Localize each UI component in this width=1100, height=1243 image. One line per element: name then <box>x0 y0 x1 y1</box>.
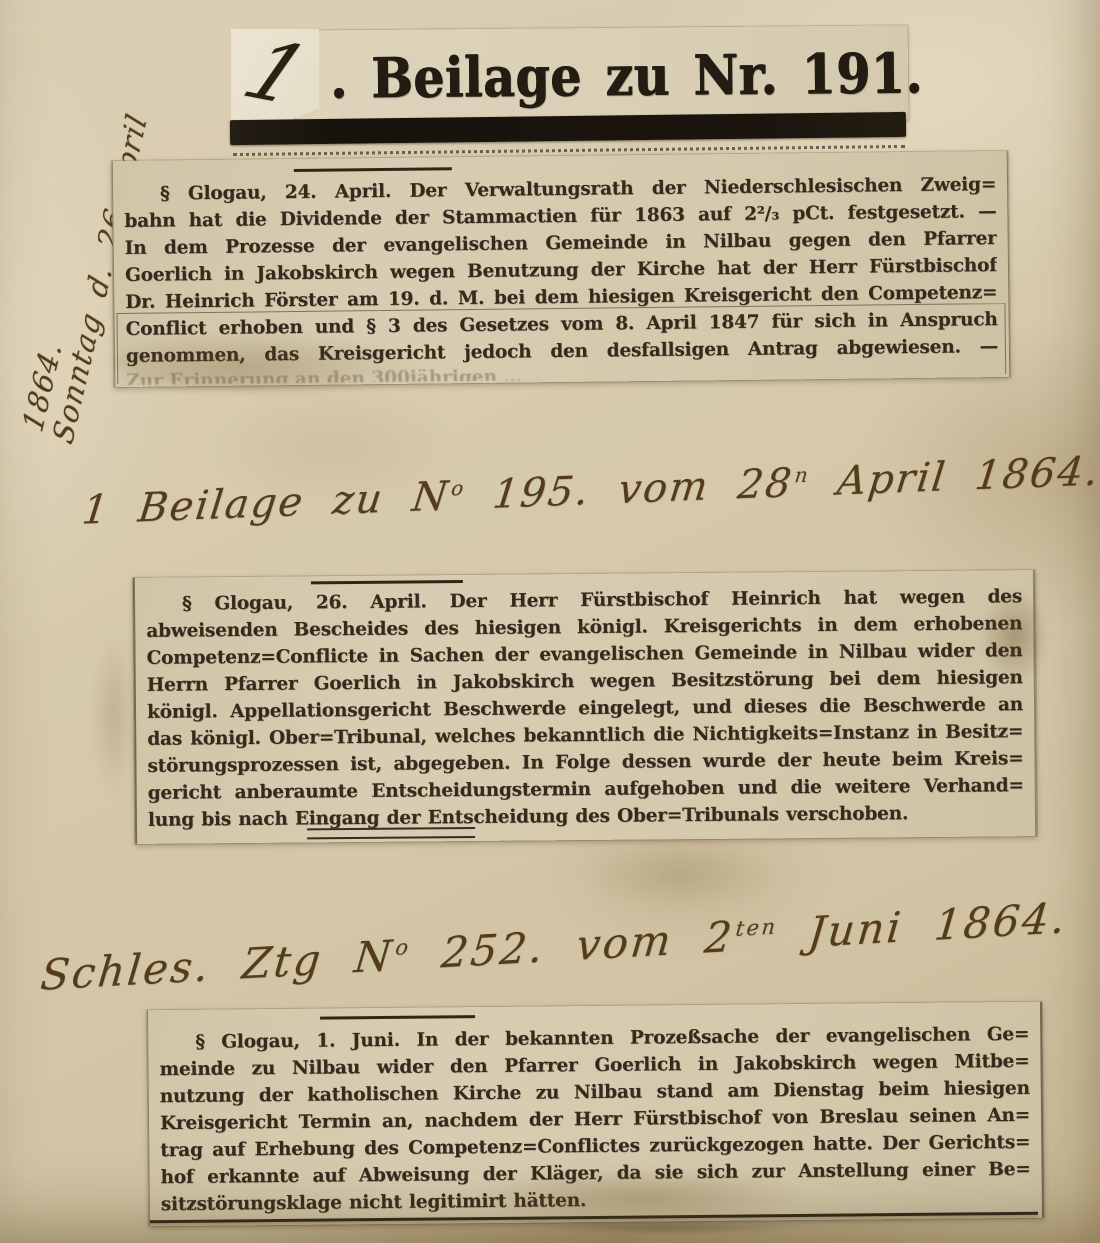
news-clipping-2: § Glogau, 26. April. Der Herr Fürstbisch… <box>133 570 1037 844</box>
clipping-top-divider-rule <box>294 167 452 172</box>
news-clipping-1: § Glogau, 24. April. Der Verwaltungsrath… <box>112 151 1011 387</box>
note-text: 1 Beilage zu N <box>80 473 452 533</box>
note-text: April 1864. <box>806 448 1100 505</box>
cutoff-ink-smudge <box>540 1222 800 1234</box>
note-text: 252. vom 2 <box>407 912 736 979</box>
scrapbook-page: Sonntag d. 26 April 1864. . Beilage zu N… <box>0 0 1100 1243</box>
note-text: Juni 1864. <box>774 893 1069 959</box>
note-superscript: ten <box>734 914 778 941</box>
clipping-end-double-rule <box>307 827 475 839</box>
clipping-top-divider-rule <box>320 1015 475 1019</box>
clipping-top-divider-rule <box>311 580 463 584</box>
clipping-text: § Glogau, 26. April. Der Herr Fürstbisch… <box>146 583 1024 834</box>
handwritten-note-2: Schles. Ztg No 252. vom 2ten Juni 1864. <box>38 893 1069 1000</box>
paper-stain <box>92 630 136 800</box>
news-clipping-3: § Glogau, 1. Juni. In der bekannten Proz… <box>147 1002 1044 1227</box>
handwritten-note-1: 1 Beilage zu No 195. vom 28n April 1864. <box>80 448 1100 533</box>
clipping-text: § Glogau, 1. Juni. In der bekannten Proz… <box>159 1021 1031 1218</box>
note-text: 195. vom 28 <box>462 460 796 519</box>
note-text: Schles. Ztg N <box>38 931 396 1000</box>
clipping-text: § Glogau, 24. April. Der Verwaltungsrath… <box>124 171 998 370</box>
masthead-title: . Beilage zu Nr. 191. <box>330 46 923 106</box>
masthead-clipping: . Beilage zu Nr. 191. <box>296 25 909 124</box>
paper-stain <box>580 840 780 910</box>
